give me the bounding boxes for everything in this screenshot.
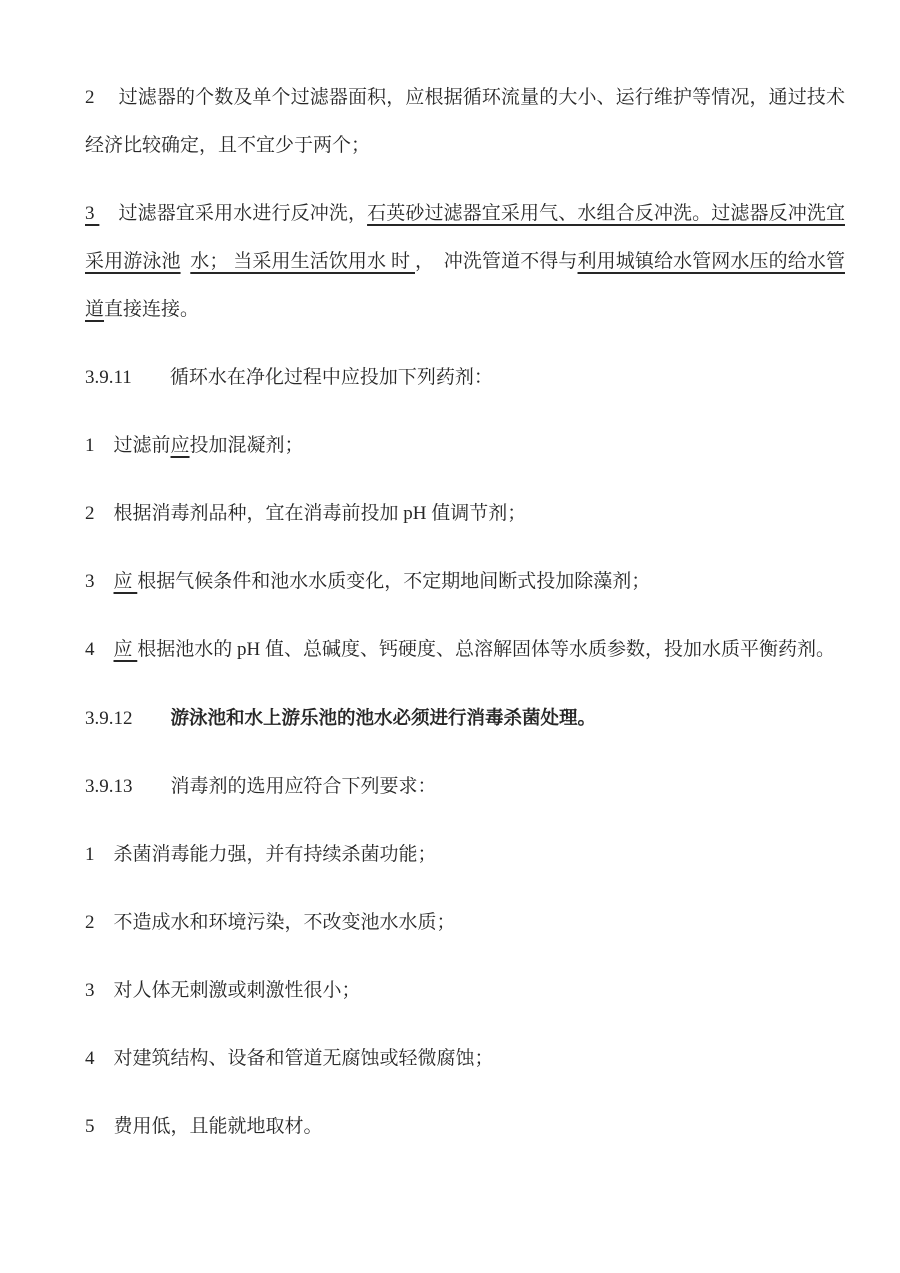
document-page: 2 过滤器的个数及单个过滤器面积，应根据循环流量的大小、运行维护等情况，通过技术… [0, 0, 900, 1273]
clause-2: 2 过滤器的个数及单个过滤器面积，应根据循环流量的大小、运行维护等情况，通过技术… [85, 74, 845, 170]
underlined-text-run: 利用城镇给水管网水压的给水管 [578, 251, 845, 272]
text-run: 不造成水和环境污染，不改变池水水质； [114, 912, 456, 933]
requirement-item-4: 4 对建筑结构、设备和管道无腐蚀或轻微腐蚀； [85, 1035, 845, 1083]
text-line: 4 对建筑结构、设备和管道无腐蚀或轻微腐蚀； [85, 1035, 845, 1083]
text-run: 3 [85, 980, 95, 1001]
chemical-item-1: 1 过滤前应投加混凝剂； [85, 422, 845, 470]
text-line: 采用游泳池 水； 当采用生活饮用水 时 ， 冲洗管道不得与利用城镇给水管网水压的… [85, 238, 845, 286]
text-run: 1 [85, 844, 95, 865]
text-line: 1 过滤前应投加混凝剂； [85, 422, 845, 470]
text-run [95, 980, 114, 1001]
text-run: 直接连接。 [104, 299, 199, 320]
text-run [95, 503, 114, 524]
text-run: 4 [85, 639, 95, 660]
document-content: 2 过滤器的个数及单个过滤器面积，应根据循环流量的大小、运行维护等情况，通过技术… [85, 74, 845, 1151]
text-run [133, 776, 171, 797]
text-line: 3.9.12 游泳池和水上游乐池的池水必须进行消毒杀菌处理。 [85, 694, 845, 743]
text-run [95, 1048, 114, 1069]
chemical-item-4: 4 应 根据池水的 pH 值、总碱度、钙硬度、总溶解固体等水质参数，投加水质平衡… [85, 626, 845, 674]
clause-3: 3 过滤器宜采用水进行反冲洗，石英砂过滤器宜采用气、水组合反冲洗。过滤器反冲洗宜… [85, 190, 845, 334]
text-line: 3.9.11 循环水在净化过程中应投加下列药剂： [85, 354, 845, 402]
text-line: 3 过滤器宜采用水进行反冲洗，石英砂过滤器宜采用气、水组合反冲洗。过滤器反冲洗宜 [85, 190, 845, 238]
text-line: 2 过滤器的个数及单个过滤器面积，应根据循环流量的大小、运行维护等情况，通过技术 [85, 74, 845, 122]
text-run: 5 [85, 1116, 95, 1137]
text-run: 根据消毒剂品种，宜在消毒前投加 pH 值调节剂； [114, 503, 527, 524]
requirement-item-5: 5 费用低，且能就地取材。 [85, 1103, 845, 1151]
text-run: 过滤前 [114, 435, 171, 456]
text-run: 投加混凝剂； [190, 435, 304, 456]
text-run: 经济比较确定，且不宜少于两个； [85, 135, 370, 156]
text-run [181, 251, 191, 272]
text-run [95, 87, 119, 108]
text-run: 3.9.12 [85, 708, 133, 729]
text-run [425, 251, 444, 272]
text-run [95, 912, 114, 933]
text-run: 消毒剂的选用应符合下列要求： [171, 776, 437, 797]
clause-3-9-12: 3.9.12 游泳池和水上游乐池的池水必须进行消毒杀菌处理。 [85, 694, 845, 743]
text-line: 道直接连接。 [85, 286, 845, 334]
text-run: 根据气候条件和池水水质变化，不定期地间断式投加除藻剂； [137, 571, 650, 592]
text-run [95, 639, 114, 660]
text-run [95, 1116, 114, 1137]
text-run: 根据池水的 pH 值、总碱度、钙硬度、总溶解固体等水质参数，投加水质平衡药剂。 [137, 639, 835, 660]
underlined-text-run: 应 [171, 435, 190, 456]
chemical-item-3: 3 应 根据气候条件和池水水质变化，不定期地间断式投加除藻剂； [85, 558, 845, 606]
underlined-text-run: 石英砂过滤器宜采用气、水组合反冲洗。过滤器反冲洗宜 [367, 203, 845, 224]
text-run [95, 571, 114, 592]
bold-text-run: 游泳池和水上游乐池的池水必须进行消毒杀菌处理。 [171, 707, 597, 728]
text-run: 对建筑结构、设备和管道无腐蚀或轻微腐蚀； [114, 1048, 494, 1069]
text-line: 3 对人体无刺激或刺激性很小； [85, 967, 845, 1015]
chemical-item-2: 2 根据消毒剂品种，宜在消毒前投加 pH 值调节剂； [85, 490, 845, 538]
requirement-item-3: 3 对人体无刺激或刺激性很小； [85, 967, 845, 1015]
text-run: 过滤器的个数及单个过滤器面积，应根据循环流量的大小、运行维护等情况，通过技术 [119, 87, 845, 108]
underlined-text-run: 采用游泳池 [85, 251, 181, 272]
underlined-text-run: 水； 当采用生活饮用水 时 [190, 251, 415, 272]
requirement-item-1: 1 杀菌消毒能力强，并有持续杀菌功能； [85, 831, 845, 879]
text-line: 3 应 根据气候条件和池水水质变化，不定期地间断式投加除藻剂； [85, 558, 845, 606]
underlined-text-run: 道 [85, 299, 104, 320]
text-run: 3.9.11 [85, 367, 132, 388]
text-line: 1 杀菌消毒能力强，并有持续杀菌功能； [85, 831, 845, 879]
text-line: 3.9.13 消毒剂的选用应符合下列要求： [85, 763, 845, 811]
text-run: 4 [85, 1048, 95, 1069]
text-run: 冲洗管道不得与 [444, 251, 578, 272]
clause-3-9-13: 3.9.13 消毒剂的选用应符合下列要求： [85, 763, 845, 811]
text-run [99, 203, 118, 224]
underlined-text-run: 应 [114, 639, 138, 660]
text-line: 5 费用低，且能就地取材。 [85, 1103, 845, 1151]
requirement-item-2: 2 不造成水和环境污染，不改变池水水质； [85, 899, 845, 947]
text-run: 3 [85, 571, 95, 592]
text-run [95, 435, 114, 456]
text-run [95, 844, 114, 865]
text-run [132, 367, 170, 388]
text-line: 2 不造成水和环境污染，不改变池水水质； [85, 899, 845, 947]
text-line: 4 应 根据池水的 pH 值、总碱度、钙硬度、总溶解固体等水质参数，投加水质平衡… [85, 626, 845, 674]
text-line: 经济比较确定，且不宜少于两个； [85, 122, 845, 170]
text-run: 2 [85, 87, 95, 108]
text-line: 2 根据消毒剂品种，宜在消毒前投加 pH 值调节剂； [85, 490, 845, 538]
text-run [133, 708, 171, 729]
text-run: 对人体无刺激或刺激性很小； [114, 980, 361, 1001]
underlined-text-run: 应 [114, 571, 138, 592]
text-run: 3.9.13 [85, 776, 133, 797]
text-run: 2 [85, 503, 95, 524]
underlined-text-run: 3 [85, 203, 99, 224]
text-run: 过滤器宜采用水进行反冲洗， [119, 203, 368, 224]
text-run: ， [415, 251, 425, 272]
clause-3-9-11: 3.9.11 循环水在净化过程中应投加下列药剂： [85, 354, 845, 402]
text-run: 杀菌消毒能力强，并有持续杀菌功能； [114, 844, 437, 865]
text-run: 循环水在净化过程中应投加下列药剂： [170, 367, 493, 388]
text-run: 费用低，且能就地取材。 [114, 1116, 323, 1137]
text-run: 2 [85, 912, 95, 933]
text-run: 1 [85, 435, 95, 456]
